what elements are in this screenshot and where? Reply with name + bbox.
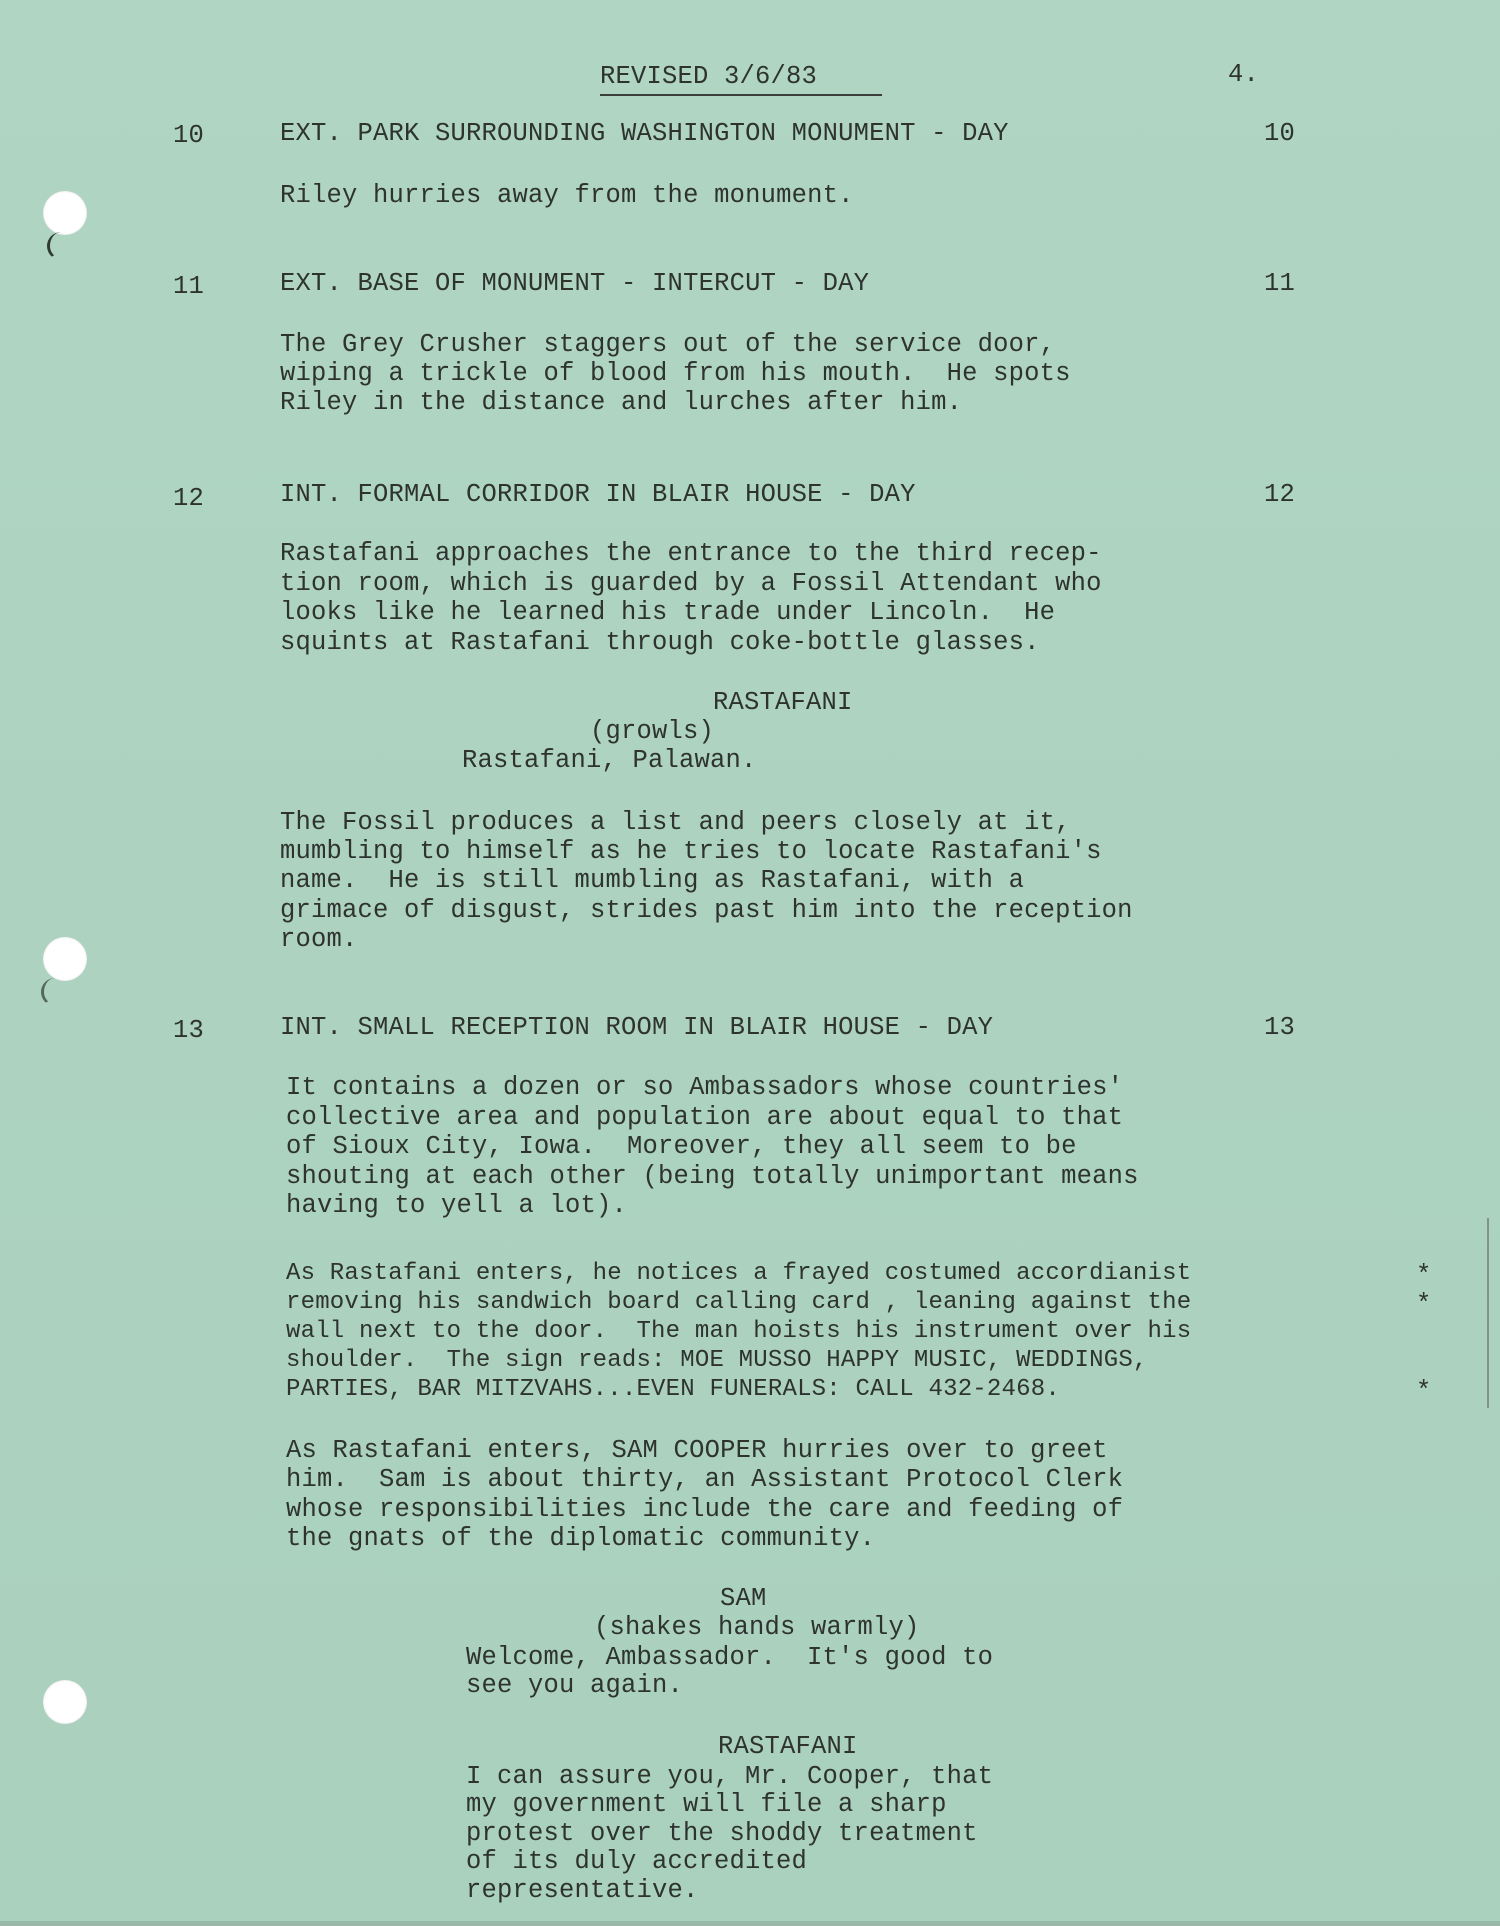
action-line: Rastafani approaches the entrance to the… bbox=[280, 539, 1102, 569]
action-line: As Rastafani enters, he notices a frayed… bbox=[286, 1259, 1191, 1289]
script-page: REVISED 3/6/83 4. 10 EXT. PARK SURROUNDI… bbox=[0, 0, 1500, 1926]
action-line: mumbling to himself as he tries to locat… bbox=[280, 837, 1102, 867]
action-line: collective area and population are about… bbox=[286, 1103, 1123, 1133]
hole-punch-top bbox=[43, 191, 87, 235]
revision-asterisk: * bbox=[1416, 1261, 1432, 1291]
action-line: grimace of disgust, strides past him int… bbox=[280, 896, 1133, 926]
action-line: Riley hurries away from the monument. bbox=[280, 181, 854, 211]
scene-number-right: 12 bbox=[1264, 480, 1295, 510]
dialogue-line: protest over the shoddy treatment bbox=[466, 1819, 978, 1849]
dialogue-line: my government will file a sharp bbox=[466, 1790, 947, 1820]
scene-number-right: 11 bbox=[1264, 269, 1295, 299]
action-line: The Grey Crusher staggers out of the ser… bbox=[280, 330, 1055, 360]
revision-header: REVISED 3/6/83 bbox=[600, 62, 882, 96]
action-line: squints at Rastafani through coke-bottle… bbox=[280, 628, 1040, 658]
character-name: RASTAFANI bbox=[718, 1732, 858, 1762]
action-line: name. He is still mumbling as Rastafani,… bbox=[280, 866, 1024, 896]
action-line: PARTIES, BAR MITZVAHS...EVEN FUNERALS: C… bbox=[286, 1375, 1060, 1405]
revision-asterisk: * bbox=[1416, 1290, 1432, 1320]
scene-heading: INT. SMALL RECEPTION ROOM IN BLAIR HOUSE… bbox=[280, 1013, 993, 1043]
action-line: of Sioux City, Iowa. Moreover, they all … bbox=[286, 1132, 1077, 1162]
action-line: shoulder. The sign reads: MOE MUSSO HAPP… bbox=[286, 1346, 1148, 1376]
dialogue-line: I can assure you, Mr. Cooper, that bbox=[466, 1762, 993, 1792]
character-name: SAM bbox=[720, 1584, 767, 1614]
hole-punch-bottom bbox=[43, 1680, 87, 1724]
action-line: Riley in the distance and lurches after … bbox=[280, 388, 962, 418]
parenthetical: (shakes hands warmly) bbox=[594, 1613, 920, 1643]
dialogue-line: of its duly accredited bbox=[466, 1847, 807, 1877]
paper-bottom-edge bbox=[0, 1921, 1500, 1926]
scene-number-left: 13 bbox=[173, 1016, 204, 1046]
action-line: shouting at each other (being totally un… bbox=[286, 1162, 1139, 1192]
action-line: room. bbox=[280, 925, 358, 955]
action-line: whose responsibilities include the care … bbox=[286, 1495, 1123, 1525]
scene-number-left: 12 bbox=[173, 484, 204, 514]
scene-heading: EXT. BASE OF MONUMENT - INTERCUT - DAY bbox=[280, 269, 869, 299]
hole-punch-middle bbox=[43, 937, 87, 981]
pen-mark bbox=[41, 978, 60, 1006]
action-line: wall next to the door. The man hoists hi… bbox=[286, 1317, 1191, 1347]
action-line: The Fossil produces a list and peers clo… bbox=[280, 808, 1071, 838]
scene-heading: EXT. PARK SURROUNDING WASHINGTON MONUMEN… bbox=[280, 119, 1009, 149]
scene-number-right: 10 bbox=[1264, 119, 1295, 149]
scene-number-right: 13 bbox=[1264, 1013, 1295, 1043]
action-line: the gnats of the diplomatic community. bbox=[286, 1524, 875, 1554]
action-line: It contains a dozen or so Ambassadors wh… bbox=[286, 1073, 1123, 1103]
dialogue-line: see you again. bbox=[466, 1671, 683, 1701]
dialogue-line: representative. bbox=[466, 1876, 699, 1906]
action-line: wiping a trickle of blood from his mouth… bbox=[280, 359, 1071, 389]
action-line: As Rastafani enters, SAM COOPER hurries … bbox=[286, 1436, 1108, 1466]
paper-edge-mark bbox=[1487, 1218, 1489, 1408]
dialogue-line: Rastafani, Palawan. bbox=[462, 746, 757, 776]
revision-asterisk: * bbox=[1416, 1377, 1432, 1407]
pen-mark bbox=[47, 232, 66, 260]
parenthetical: (growls) bbox=[590, 717, 714, 747]
action-line: tion room, which is guarded by a Fossil … bbox=[280, 569, 1102, 599]
action-line: looks like he learned his trade under Li… bbox=[280, 598, 1055, 628]
dialogue-line: Welcome, Ambassador. It's good to bbox=[466, 1643, 993, 1673]
action-line: having to yell a lot). bbox=[286, 1191, 627, 1221]
action-line: removing his sandwich board calling card… bbox=[286, 1288, 1191, 1318]
scene-heading: INT. FORMAL CORRIDOR IN BLAIR HOUSE - DA… bbox=[280, 480, 916, 510]
character-name: RASTAFANI bbox=[713, 688, 853, 718]
scene-number-left: 10 bbox=[173, 121, 204, 151]
action-line: him. Sam is about thirty, an Assistant P… bbox=[286, 1465, 1123, 1495]
page-number: 4. bbox=[1228, 60, 1259, 90]
scene-number-left: 11 bbox=[173, 272, 204, 302]
